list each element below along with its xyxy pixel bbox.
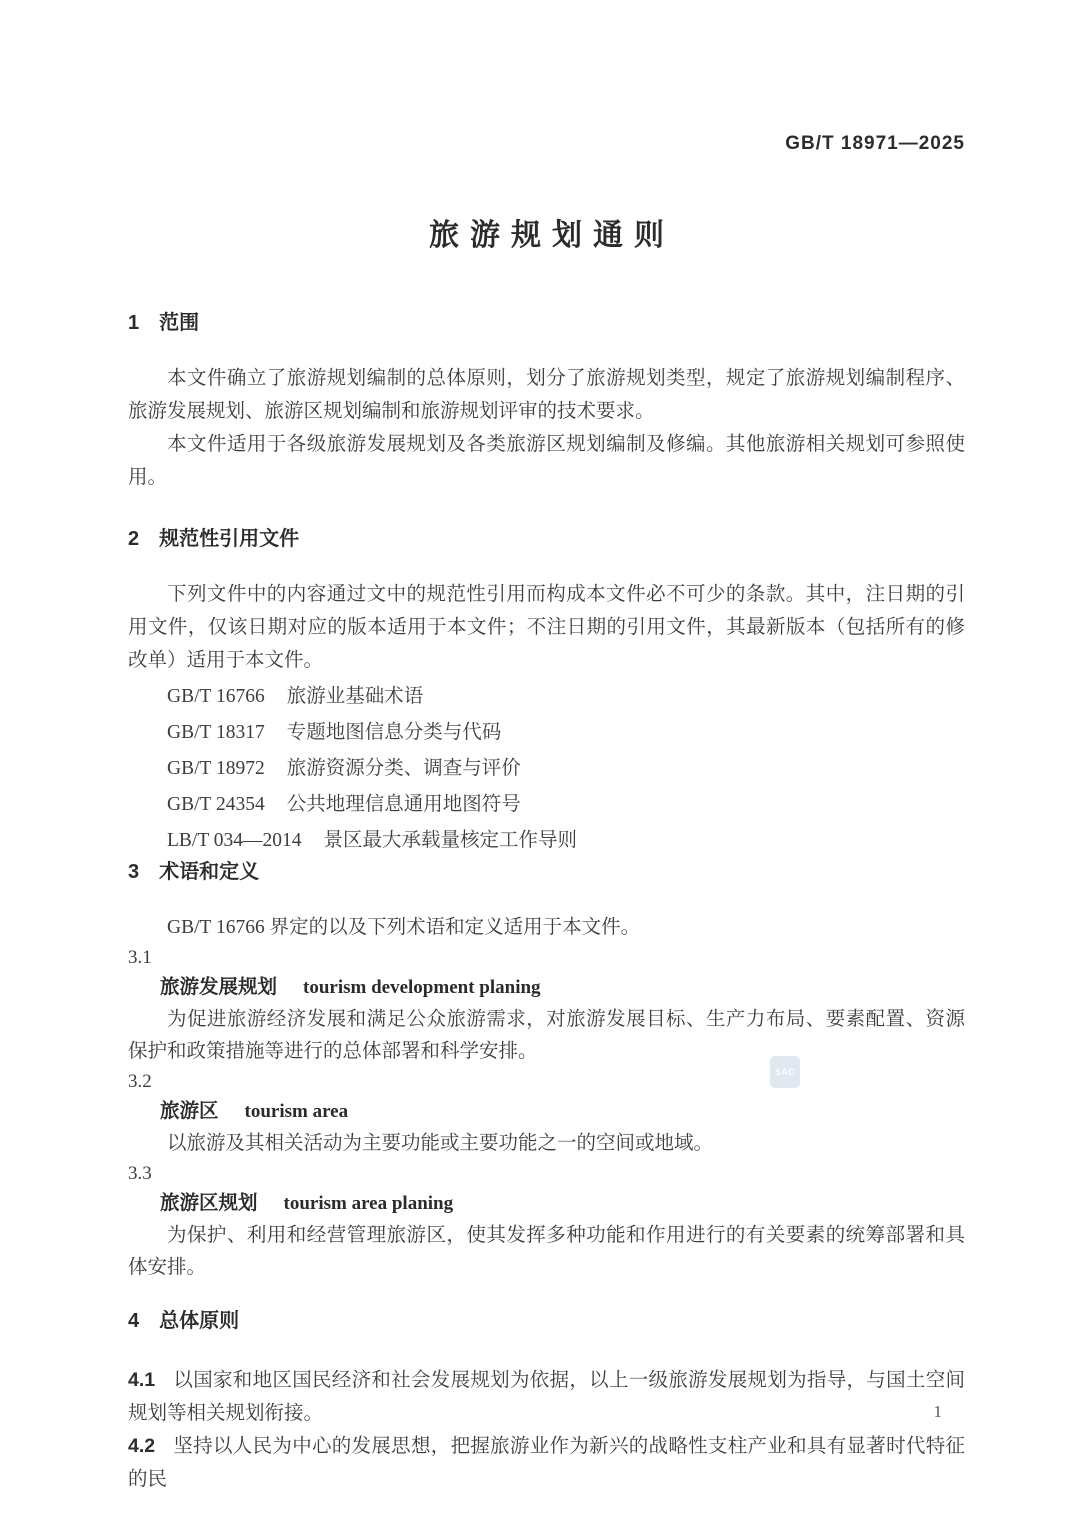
term-definition: 为保护、利用和经营管理旅游区，使其发挥多种功能和作用进行的有关要素的统筹部署和具…	[128, 1220, 965, 1284]
reference-code: GB/T 24354	[167, 794, 265, 815]
term-number: 3.3	[128, 1160, 965, 1188]
reference-code: GB/T 18972	[167, 758, 265, 779]
reference-item: GB/T 24354公共地理信息通用地图符号	[128, 787, 965, 823]
scope-paragraph: 本文件确立了旅游规划编制的总体原则，划分了旅游规划类型，规定了旅游规划编制程序、…	[128, 362, 965, 428]
clause-number: 4.2	[128, 1435, 155, 1457]
section-heading-general-principles: 4总体原则	[128, 1308, 965, 1334]
reference-title: 旅游业基础术语	[287, 686, 424, 707]
section-title: 规范性引用文件	[159, 528, 299, 550]
section-heading-scope: 1范围	[128, 310, 965, 336]
reference-title: 公共地理信息通用地图符号	[287, 794, 521, 815]
clause: 4.1以国家和地区国民经济和社会发展规划为依据，以上一级旅游发展规划为指导，与国…	[128, 1364, 965, 1430]
reference-item: GB/T 18317专题地图信息分类与代码	[128, 715, 965, 751]
term-line: 旅游区tourism area	[128, 1096, 965, 1128]
reference-title: 专题地图信息分类与代码	[287, 722, 502, 743]
reference-title: 旅游资源分类、调查与评价	[287, 758, 521, 779]
section-title: 总体原则	[159, 1310, 239, 1332]
term-chinese: 旅游发展规划	[160, 976, 277, 998]
scope-paragraph: 本文件适用于各级旅游发展规划及各类旅游区规划编制及修编。其他旅游相关规划可参照使…	[128, 428, 965, 494]
reference-code: LB/T 034—2014	[167, 830, 302, 851]
reference-item: GB/T 16766旅游业基础术语	[128, 679, 965, 715]
reference-code: GB/T 18317	[167, 722, 265, 743]
reference-title: 景区最大承载量核定工作导则	[324, 830, 578, 851]
document-title: 旅游规划通则	[128, 217, 965, 255]
term-line: 旅游发展规划tourism development planing	[128, 972, 965, 1004]
section-number: 2	[128, 528, 139, 550]
reference-list: GB/T 16766旅游业基础术语 GB/T 18317专题地图信息分类与代码 …	[128, 679, 965, 859]
clause-number: 4.1	[128, 1369, 155, 1391]
page-number: 1	[934, 1402, 943, 1422]
watermark-badge: SAC	[770, 1056, 800, 1088]
reference-code: GB/T 16766	[167, 686, 265, 707]
terms-intro: GB/T 16766 界定的以及下列术语和定义适用于本文件。	[128, 911, 965, 944]
clause-text: 以国家和地区国民经济和社会发展规划为依据，以上一级旅游发展规划为指导，与国土空间…	[128, 1370, 965, 1424]
reference-item: GB/T 18972旅游资源分类、调查与评价	[128, 751, 965, 787]
term-number: 3.1	[128, 944, 965, 972]
term-line: 旅游区规划tourism area planing	[128, 1188, 965, 1220]
clause-text: 坚持以人民为中心的发展思想，把握旅游业作为新兴的战略性支柱产业和具有显著时代特征…	[128, 1436, 965, 1490]
section-heading-normative-references: 2规范性引用文件	[128, 526, 965, 552]
standard-number: GB/T 18971—2025	[128, 133, 965, 155]
section-title: 范围	[159, 312, 199, 334]
clause: 4.2坚持以人民为中心的发展思想，把握旅游业作为新兴的战略性支柱产业和具有显著时…	[128, 1430, 965, 1496]
term-english: tourism area	[245, 1101, 349, 1122]
term-definition: 以旅游及其相关活动为主要功能或主要功能之一的空间或地域。	[128, 1128, 965, 1160]
term-english: tourism area planing	[284, 1193, 454, 1214]
section-heading-terms: 3术语和定义	[128, 859, 965, 885]
term-chinese: 旅游区规划	[160, 1192, 258, 1214]
term-definition: 为促进旅游经济发展和满足公众旅游需求，对旅游发展目标、生产力布局、要素配置、资源…	[128, 1004, 965, 1068]
reference-item: LB/T 034—2014景区最大承载量核定工作导则	[128, 823, 965, 859]
section-number: 4	[128, 1310, 139, 1332]
term-number: 3.2	[128, 1068, 965, 1096]
term-english: tourism development planing	[303, 977, 541, 998]
section-number: 3	[128, 861, 139, 883]
section-title: 术语和定义	[159, 861, 259, 883]
term-chinese: 旅游区	[160, 1100, 219, 1122]
section-number: 1	[128, 312, 139, 334]
document-page: GB/T 18971—2025 旅游规划通则 1范围 本文件确立了旅游规划编制的…	[0, 0, 1080, 1527]
normative-references-intro: 下列文件中的内容通过文中的规范性引用而构成本文件必不可少的条款。其中，注日期的引…	[128, 578, 965, 677]
